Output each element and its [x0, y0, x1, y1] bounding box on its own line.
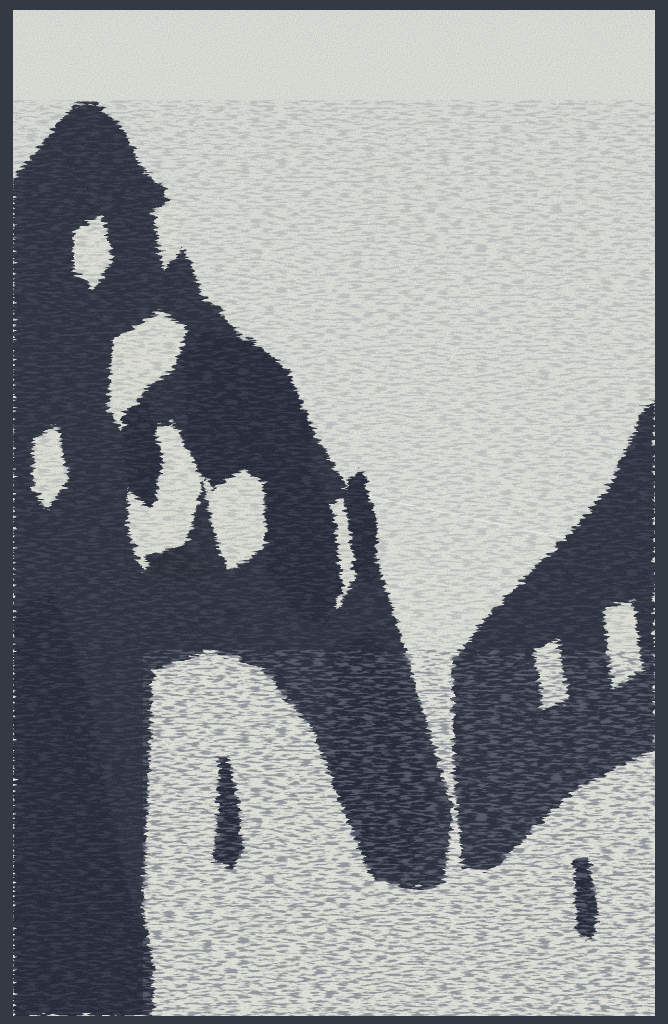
print-border: [0, 0, 668, 1024]
photo-print: [13, 10, 655, 1016]
paper-grain: [13, 10, 655, 1016]
mountain-scene: [13, 10, 655, 1016]
